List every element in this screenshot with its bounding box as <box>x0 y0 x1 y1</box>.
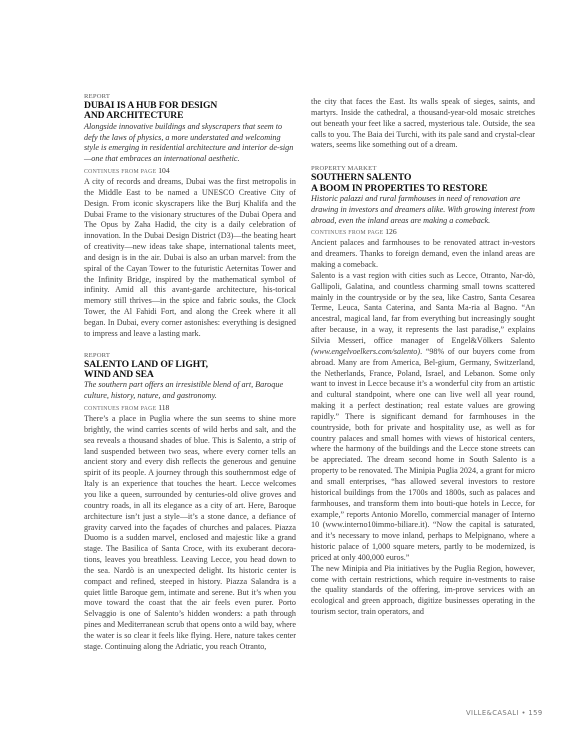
page-folio: VILLE&CASALI • 159 <box>466 709 543 717</box>
article-dek: Alongside innovative buildings and skysc… <box>84 122 296 165</box>
paragraph-text: Salento is a vast region with cities suc… <box>311 271 535 345</box>
paragraph-text: . “98% of our buyers come from abroad. M… <box>311 347 535 562</box>
article-body: A city of records and dreams, Dubai was … <box>84 177 296 340</box>
magazine-page: Report Dubai is a hub for design and arc… <box>0 0 580 749</box>
headline-line-2: A boom in properties to restore <box>311 183 488 194</box>
headline-line-1: Dubai is a hub for design <box>84 100 217 111</box>
headline-line-1: Southern Salento <box>311 172 411 183</box>
continues-label: Continues from page <box>311 230 383 236</box>
article-dek: Historic palazzi and rural farmhouses in… <box>311 194 535 226</box>
article-salento: Report Salento land of light, wind and s… <box>84 352 296 653</box>
article-body-paragraph-2: Salento is a vast region with cities suc… <box>311 271 535 564</box>
continues-page-number: 126 <box>385 227 396 236</box>
article-body: There’s a place in Puglia where the sun … <box>84 414 296 653</box>
article-southern-salento: Property market Southern Salento A boom … <box>311 165 535 618</box>
article-body-continued: the city that faces the East. Its walls … <box>311 97 535 151</box>
continues-page-number: 118 <box>158 403 169 412</box>
article-headline: Southern Salento A boom in properties to… <box>311 173 535 194</box>
article-dek: The southern part offers an irresistible… <box>84 380 296 402</box>
continues-label: Continues from page <box>84 406 156 412</box>
headline-line-2: wind and sea <box>84 369 154 380</box>
continues-page-number: 104 <box>158 166 169 175</box>
continues-from-page: Continues from page 126 <box>311 227 535 238</box>
article-body-paragraph-3: The new Minipia and Pia initiatives by t… <box>311 564 535 618</box>
continues-from-page: Continues from page 118 <box>84 403 296 414</box>
website-reference: (www.engelvoelkers.com/salento) <box>311 347 420 356</box>
headline-line-2: and architecture <box>84 110 183 121</box>
left-column: Report Dubai is a hub for design and arc… <box>84 93 296 653</box>
article-headline: Dubai is a hub for design and architectu… <box>84 101 296 122</box>
article-headline: Salento land of light, wind and sea <box>84 360 296 381</box>
article-dubai: Report Dubai is a hub for design and arc… <box>84 93 296 340</box>
continues-from-page: Continues from page 104 <box>84 166 296 177</box>
continues-label: Continues from page <box>84 169 156 175</box>
right-column: the city that faces the East. Its walls … <box>311 97 535 618</box>
headline-line-1: Salento land of light, <box>84 359 208 370</box>
article-body-paragraph-1: Ancient palaces and farmhouses to be ren… <box>311 238 535 271</box>
